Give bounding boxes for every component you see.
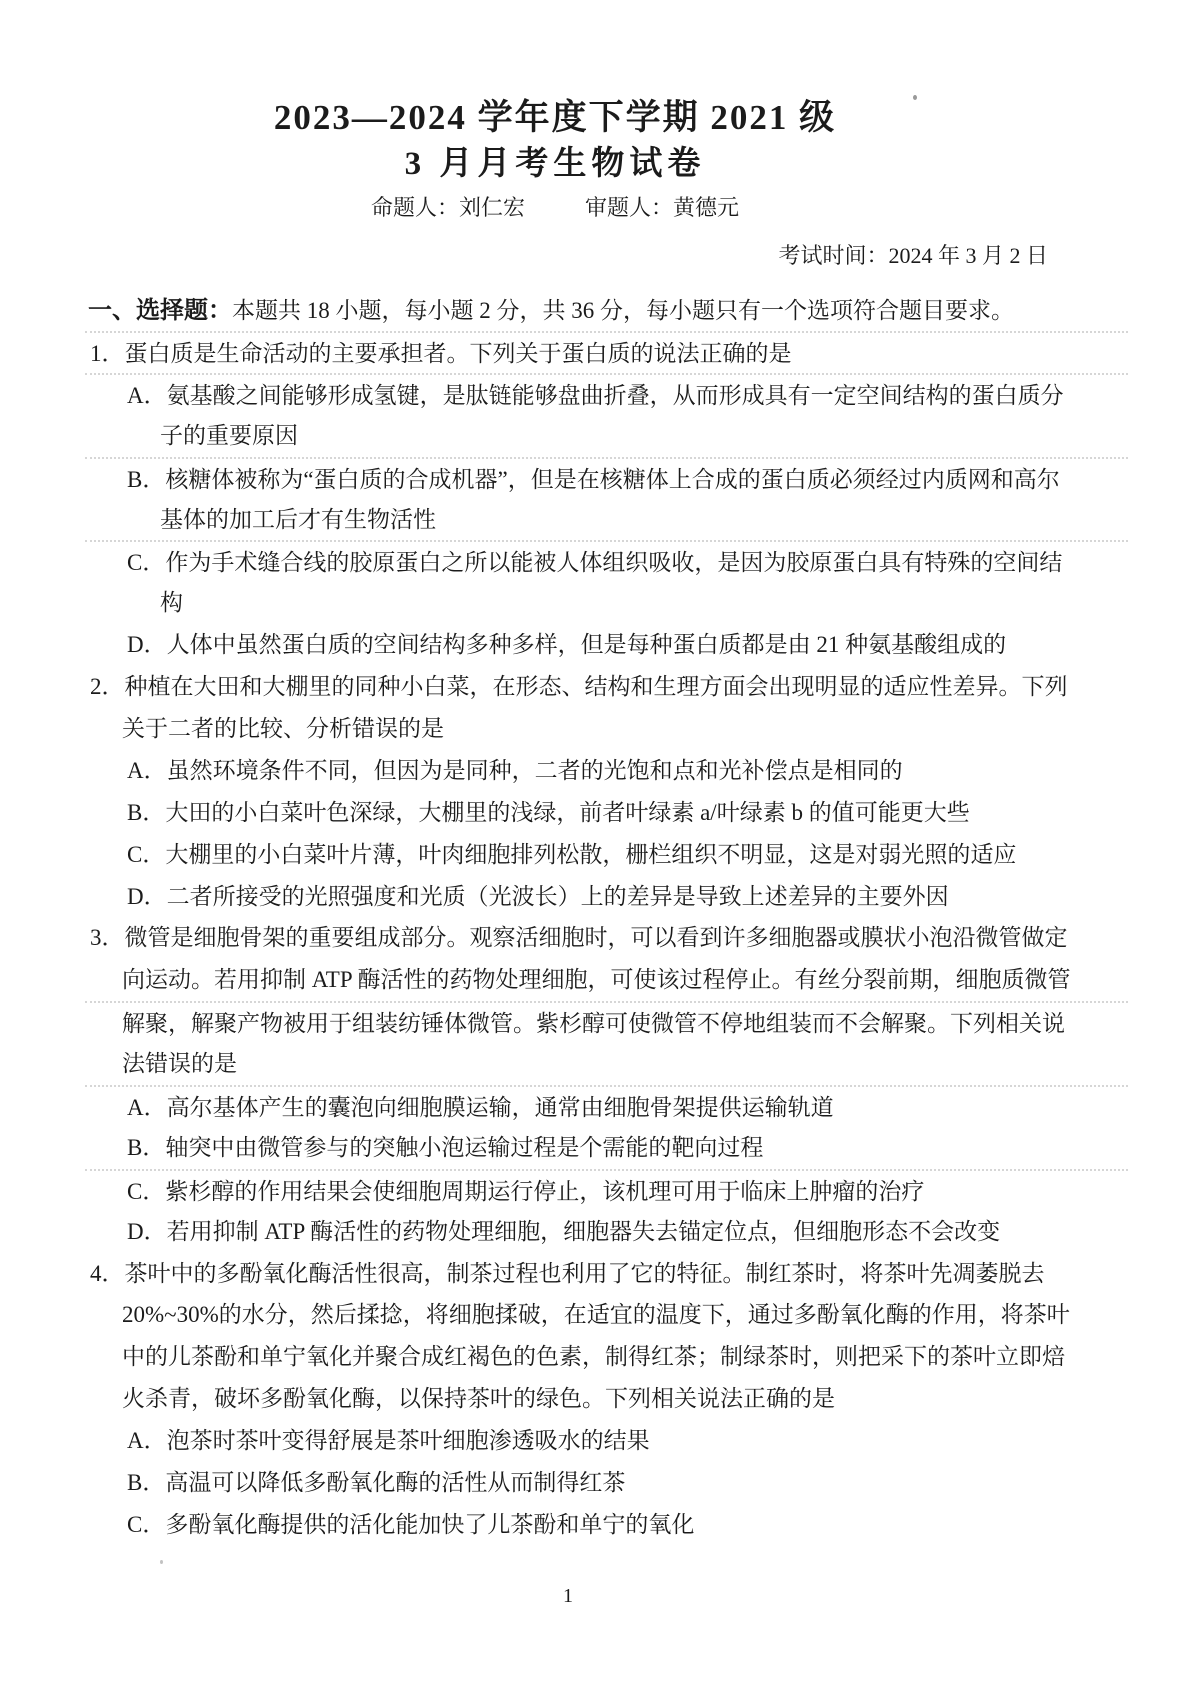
option-line: 子的重要原因 [85, 415, 1128, 457]
scan-artifact-dot [913, 95, 917, 100]
exam-time-label: 考试时间：2024 年 3 月 2 日 [0, 236, 1200, 276]
paper-header: 2023—2024 学年度下学期 2021 级 3 月月考生物试卷 命题人：刘仁… [0, 0, 1200, 228]
question-stem-line: 解聚，解聚产物被用于组装纺锤体微管。紫杉醇可使微管不停地组装而不会解聚。下列相关… [85, 1001, 1128, 1043]
option-line: A．高尔基体产生的囊泡向细胞膜运输，通常由细胞骨架提供运输轨道 [85, 1085, 1128, 1127]
question-stem-line: 4．茶叶中的多酚氧化酶活性很高，制茶过程也利用了它的特征。制红茶时，将茶叶先凋萎… [85, 1253, 1128, 1295]
option-line: B．高温可以降低多酚氧化酶的活性从而制得红茶 [85, 1462, 1128, 1504]
option-line: B．轴突中由微管参与的突触小泡运输过程是个需能的靶向过程 [85, 1127, 1128, 1169]
question-stem-line: 中的儿茶酚和单宁氧化并聚合成红褐色的色素，制得红茶；制绿茶时，则把采下的茶叶立即… [85, 1336, 1128, 1378]
question-stem-line: 火杀青，破坏多酚氧化酶，以保持茶叶的绿色。下列相关说法正确的是 [85, 1378, 1128, 1420]
option-line: 基体的加工后才有生物活性 [85, 499, 1128, 541]
option-line: C．作为手术缝合线的胶原蛋白之所以能被人体组织吸收，是因为胶原蛋白具有特殊的空间… [85, 540, 1128, 582]
section-label: 一、选择题： [88, 297, 232, 324]
paper-title-line2: 3 月月考生物试卷 [0, 140, 1110, 188]
question-stem-line: 3．微管是细胞骨架的重要组成部分。观察活细胞时，可以看到许多细胞器或膜状小泡沿微… [85, 917, 1128, 959]
page-number: 1 [0, 1582, 1200, 1610]
option-line: C．大棚里的小白菜叶片薄，叶肉细胞排列松散，栅栏组织不明显，这是对弱光照的适应 [85, 834, 1128, 876]
option-line: B．核糖体被称为“蛋白质的合成机器”，但是在核糖体上合成的蛋白质必须经过内质网和… [85, 457, 1128, 499]
question-stem-line: 关于二者的比较、分析错误的是 [85, 708, 1128, 750]
reviewer-label: 审题人：黄德元 [585, 195, 739, 220]
section-header: 一、选择题：本题共 18 小题，每小题 2 分，共 36 分，每小题只有一个选项… [0, 291, 1200, 331]
option-line: C．紫杉醇的作用结果会使细胞周期运行停止，该机理可用于临床上肿瘤的治疗 [85, 1169, 1128, 1211]
exam-paper-page: 2023—2024 学年度下学期 2021 级 3 月月考生物试卷 命题人：刘仁… [0, 0, 1200, 1695]
paper-title-line1: 2023—2024 学年度下学期 2021 级 [0, 96, 1110, 140]
paper-authors: 命题人：刘仁宏审题人：黄德元 [0, 188, 1110, 228]
question-stem-line: 2．种植在大田和大棚里的同种小白菜，在形态、结构和生理方面会出现明显的适应性差异… [85, 666, 1128, 708]
option-line: 构 [85, 582, 1128, 624]
option-line: C．多酚氧化酶提供的活化能加快了儿茶酚和单宁的氧化 [85, 1504, 1128, 1546]
questions-list: 1．蛋白质是生命活动的主要承担者。下列关于蛋白质的说法正确的是A．氨基酸之间能够… [0, 331, 1200, 1546]
section-description: 本题共 18 小题，每小题 2 分，共 36 分，每小题只有一个选项符合题目要求… [232, 298, 1014, 323]
setter-label: 命题人：刘仁宏 [371, 195, 525, 220]
option-line: D．人体中虽然蛋白质的空间结构多种多样，但是每种蛋白质都是由 21 种氨基酸组成… [85, 624, 1128, 666]
question-stem-line: 向运动。若用抑制 ATP 酶活性的药物处理细胞，可使该过程停止。有丝分裂前期，细… [85, 959, 1128, 1001]
option-line: A．氨基酸之间能够形成氢键，是肽链能够盘曲折叠，从而形成具有一定空间结构的蛋白质… [85, 373, 1128, 415]
option-line: A．虽然环境条件不同，但因为是同种，二者的光饱和点和光补偿点是相同的 [85, 750, 1128, 792]
question-stem-line: 1．蛋白质是生命活动的主要承担者。下列关于蛋白质的说法正确的是 [85, 331, 1128, 373]
option-line: D．若用抑制 ATP 酶活性的药物处理细胞，细胞器失去锚定位点，但细胞形态不会改… [85, 1211, 1128, 1253]
question-stem-line: 20%~30%的水分，然后揉捻，将细胞揉破，在适宜的温度下，通过多酚氧化酶的作用… [85, 1294, 1128, 1336]
option-line: D．二者所接受的光照强度和光质（光波长）上的差异是导致上述差异的主要外因 [85, 876, 1128, 918]
question-stem-line: 法错误的是 [85, 1043, 1128, 1085]
option-line: B．大田的小白菜叶色深绿，大棚里的浅绿，前者叶绿素 a/叶绿素 b 的值可能更大… [85, 792, 1128, 834]
scan-artifact-dot [160, 1560, 163, 1564]
option-line: A．泡茶时茶叶变得舒展是茶叶细胞渗透吸水的结果 [85, 1420, 1128, 1462]
